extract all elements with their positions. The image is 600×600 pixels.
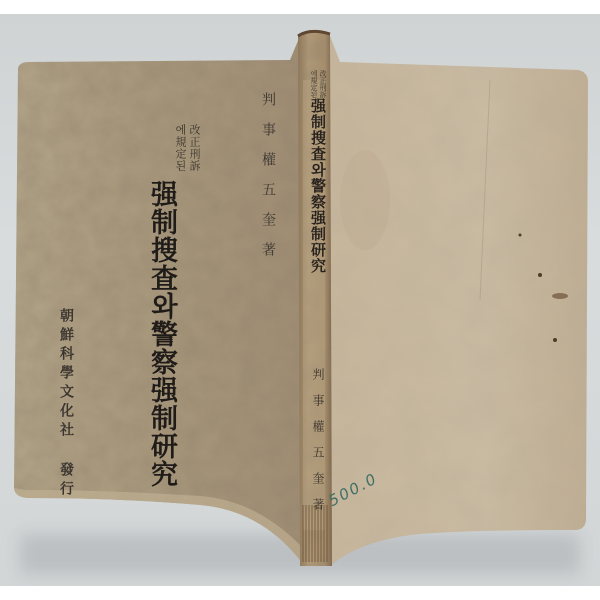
front-subtitle-left: 에規定된 [172, 124, 188, 172]
spine-subtitle-right: 改正刑訴 [318, 70, 328, 98]
front-subtitle-right: 改正刑訴 [186, 124, 202, 172]
spine-title: 强制搜査와警察强制研究 [310, 98, 325, 274]
photo-background [0, 14, 600, 586]
book-illustration [0, 14, 600, 586]
spine-author: 判事權五奎著 [310, 368, 327, 524]
front-author: 判事權五奎著 [258, 92, 278, 272]
front-title: 强制搜査와警察强制研究 [148, 180, 175, 488]
front-publisher: 朝鮮科學文化社 發行 [56, 308, 76, 500]
spine-subtitle-left: 에規定된 [309, 70, 319, 98]
